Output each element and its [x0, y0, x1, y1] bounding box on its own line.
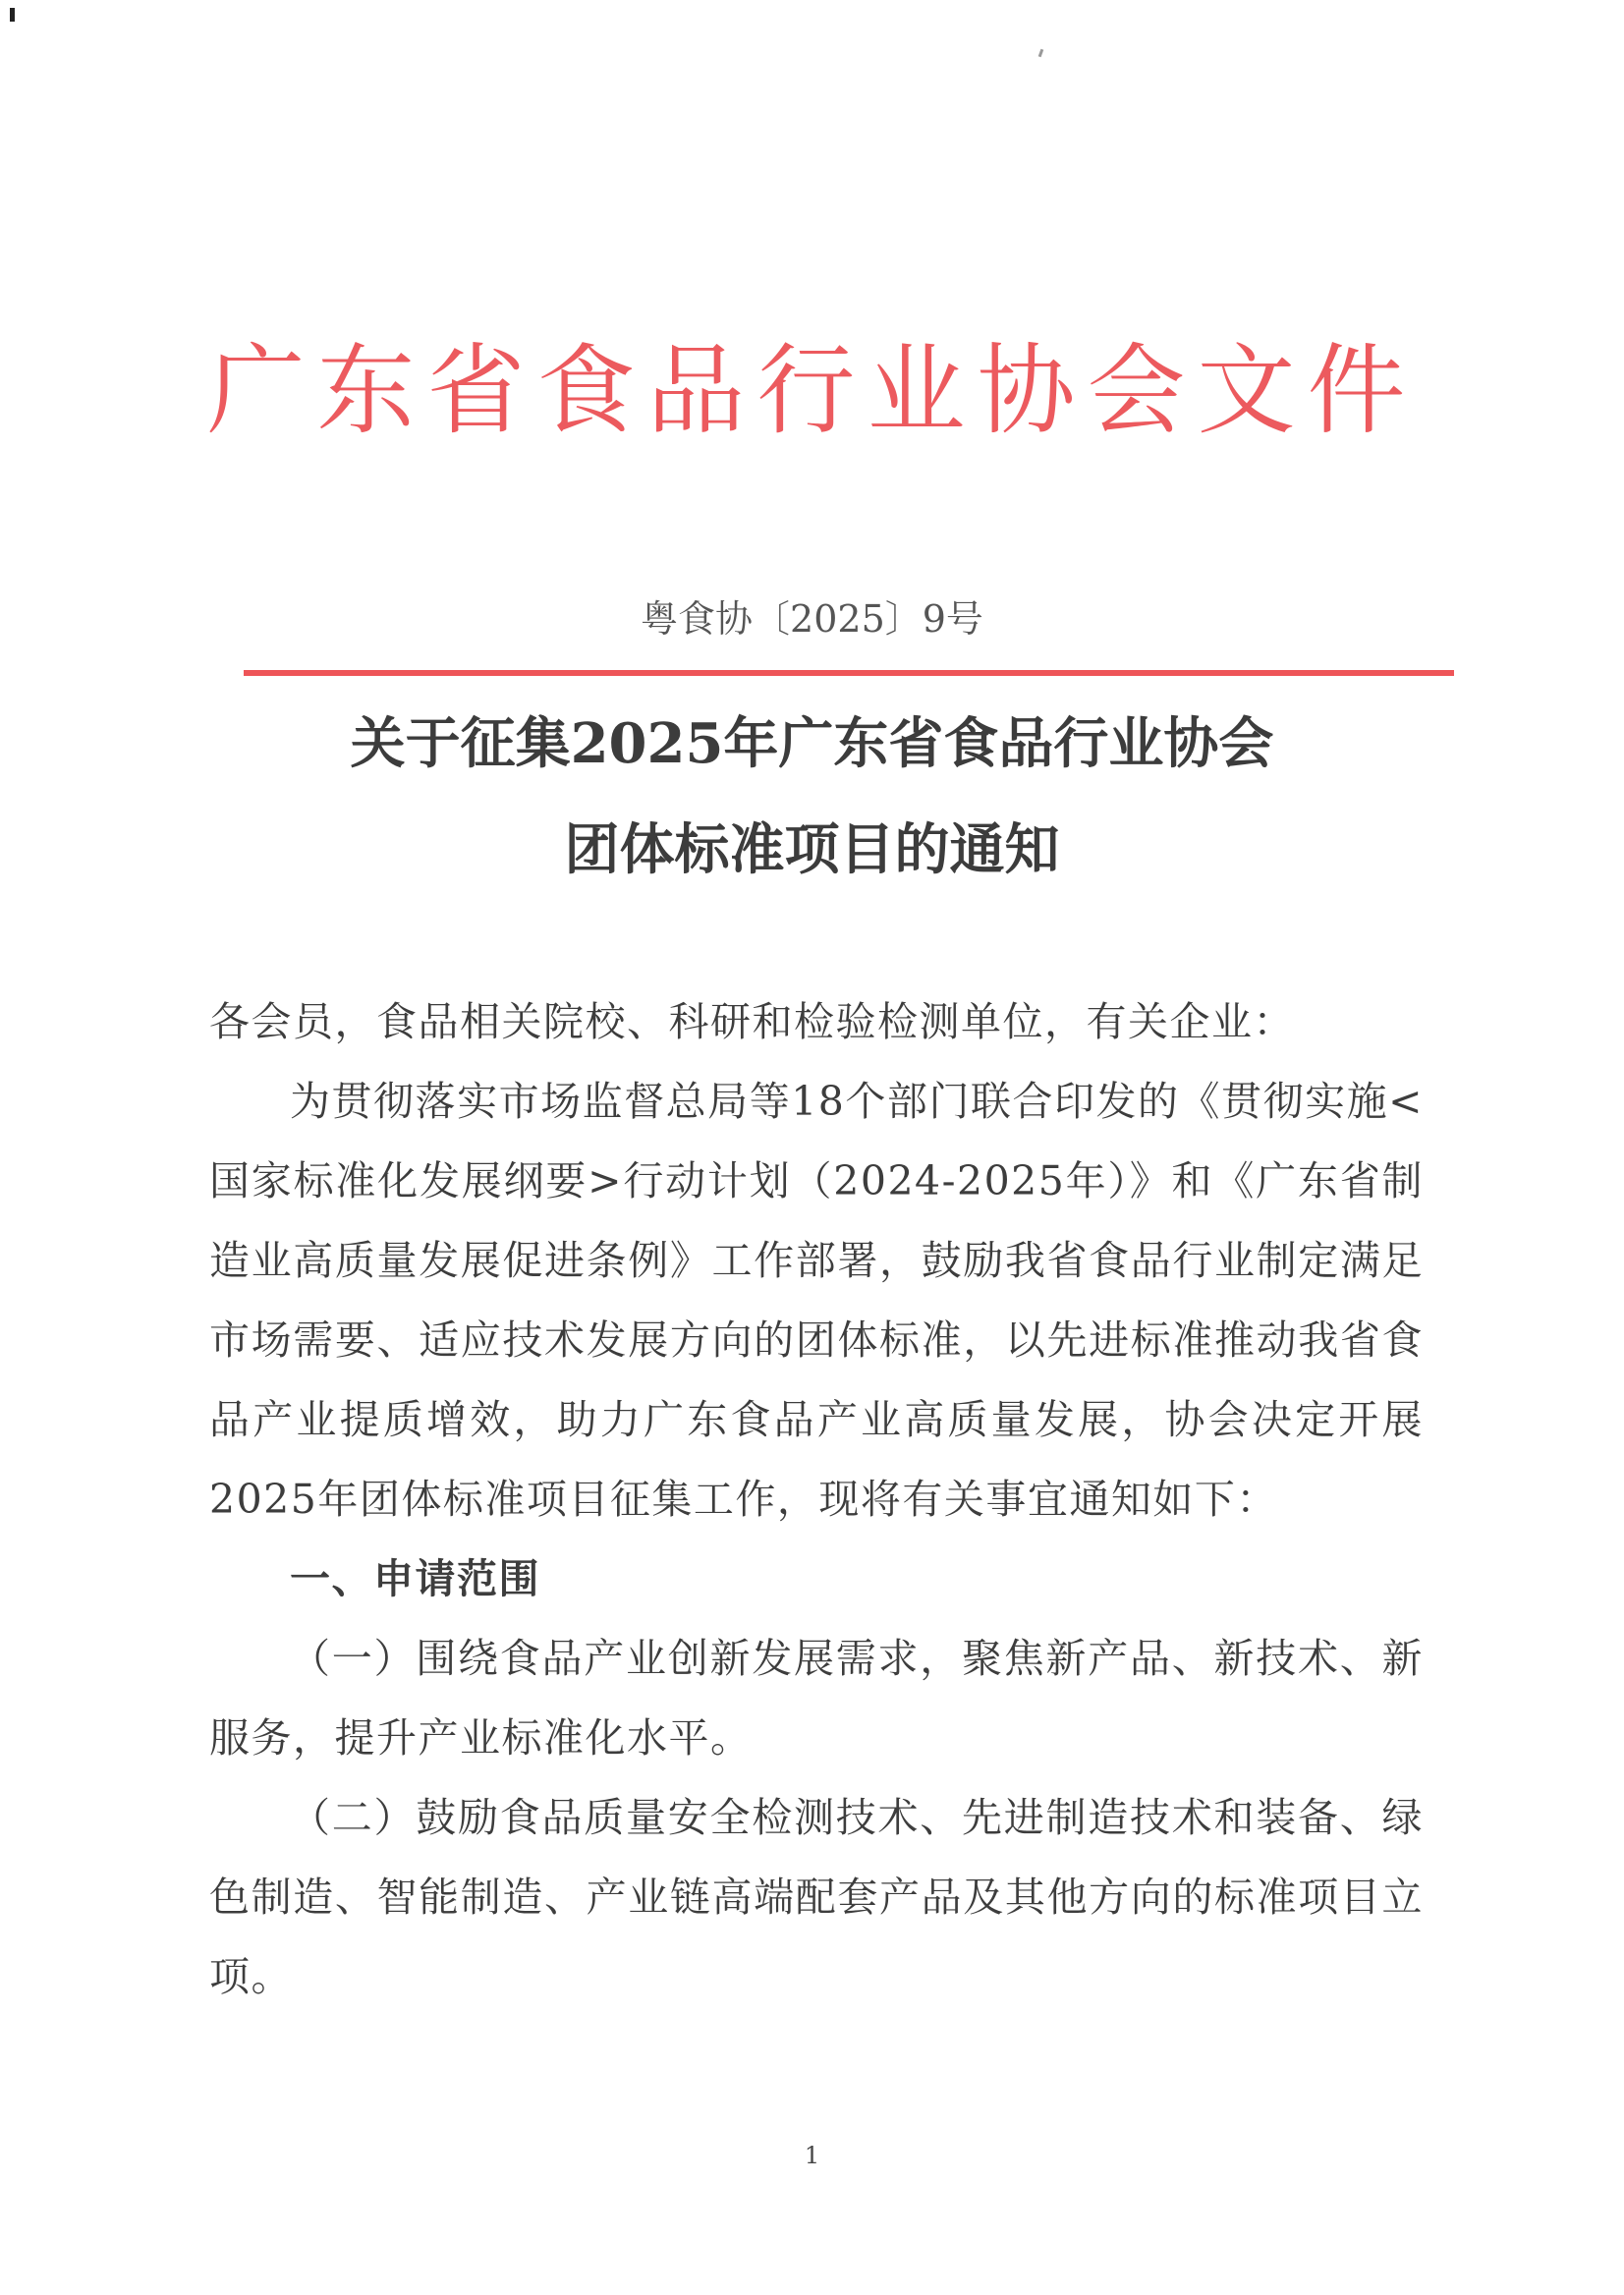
page-number: 1	[0, 2142, 1624, 2169]
scan-artifact-mark	[10, 8, 15, 22]
intro-paragraph: 为贯彻落实市场监督总局等18个部门联合印发的《贯彻实施<国家标准化发展纲要>行动…	[209, 1062, 1424, 1539]
section-item: （二）鼓励食品质量安全检测技术、先进制造技术和装备、绿色制造、智能制造、产业链高…	[209, 1778, 1424, 2017]
section-heading: 一、申请范围	[209, 1539, 1424, 1619]
salutation: 各会员，食品相关院校、科研和检验检测单位，有关企业：	[209, 982, 1424, 1062]
notice-title-line-1: 关于征集2025年广东省食品行业协会	[0, 709, 1624, 778]
notice-title-line-2: 团体标准项目的通知	[0, 815, 1624, 884]
red-divider-rule	[244, 670, 1454, 676]
org-header-title: 广东省食品行业协会文件	[0, 332, 1624, 450]
scan-speck	[1038, 49, 1044, 58]
document-number: 粤食协〔2025〕9号	[0, 589, 1624, 648]
document-body: 各会员，食品相关院校、科研和检验检测单位，有关企业： 为贯彻落实市场监督总局等1…	[209, 982, 1424, 2017]
section-item: （一）围绕食品产业创新发展需求，聚焦新产品、新技术、新服务，提升产业标准化水平。	[209, 1619, 1424, 1778]
